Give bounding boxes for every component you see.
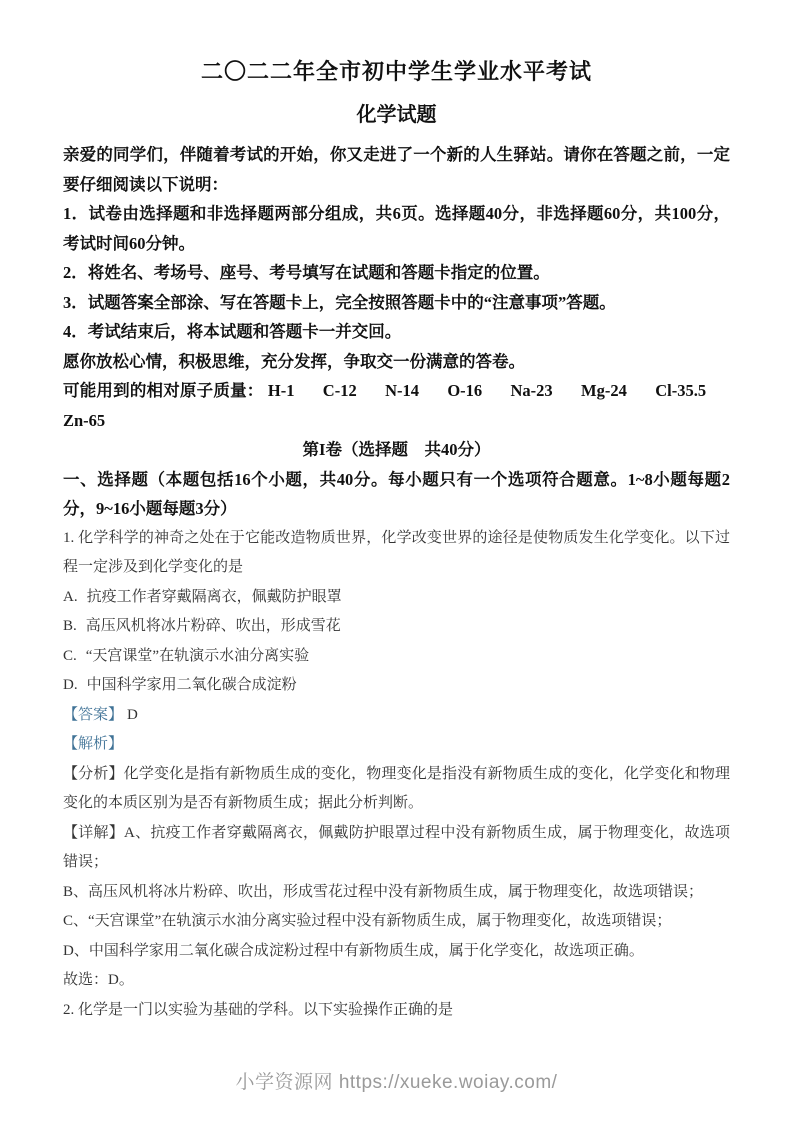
atomic-masses-label: 可能用到的相对原子质量：	[63, 381, 264, 400]
atomic-mass-h: H-1	[268, 381, 295, 400]
atomic-mass-zn: Zn-65	[63, 411, 105, 430]
answer-line: 【答案】D	[63, 701, 730, 731]
option-a-text: 抗疫工作者穿戴隔离衣，佩戴防护眼罩	[87, 589, 342, 605]
option-c-label: C.	[63, 648, 77, 664]
section-heading: 一、选择题（本题包括16个小题，共40分。每小题只有一个选项符合题意。1~8小题…	[63, 465, 730, 524]
question-1-option-c: C.“天宫课堂”在轨演示水油分离实验	[63, 642, 730, 672]
instruction-item-3: 3．试题答案全部涂、写在答题卡上，完全按照答题卡中的“注意事项”答题。	[63, 288, 730, 318]
question-1-option-d: D.中国科学家用二氧化碳合成淀粉	[63, 671, 730, 701]
question-1-option-a: A.抗疫工作者穿戴隔离衣，佩戴防护眼罩	[63, 583, 730, 613]
wish-line: 愿你放松心情，积极思维，充分发挥，争取交一份满意的答卷。	[63, 347, 730, 377]
question-1-option-b: B.高压风机将冰片粉碎、吹出，形成雪花	[63, 612, 730, 642]
detail-paragraph-d: D、中国科学家用二氧化碳合成淀粉过程中有新物质生成，属于化学变化，故选项正确。	[63, 937, 730, 967]
answer-marker: 【答案】	[63, 707, 123, 723]
atomic-mass-o: O-16	[447, 381, 482, 400]
option-a-label: A.	[63, 589, 78, 605]
analysis-marker-line: 【解析】	[63, 730, 730, 760]
question-1-text: 1. 化学科学的神奇之处在于它能改造物质世界，化学改变世界的途径是使物质发生化学…	[63, 524, 730, 583]
option-c-text: “天宫课堂”在轨演示水油分离实验	[86, 648, 309, 664]
instruction-item-1: 1．试卷由选择题和非选择题两部分组成，共6页。选择题40分，非选择题60分，共1…	[63, 199, 730, 258]
conclusion-line: 故选：D。	[63, 966, 730, 996]
detail-line-a: A、抗疫工作者穿戴隔离衣，佩戴防护眼罩过程中没有新物质生成，属于物理变化，故选项…	[63, 825, 730, 871]
instruction-item-2: 2．将姓名、考场号、座号、考号填写在试题和答题卡指定的位置。	[63, 258, 730, 288]
detail-paragraph-b: B、高压风机将冰片粉碎、吹出，形成雪花过程中没有新物质生成，属于物理变化，故选项…	[63, 878, 730, 908]
detail-label: 【详解】	[63, 825, 124, 841]
atomic-mass-na: Na-23	[511, 381, 553, 400]
exam-subject-title: 化学试题	[63, 101, 730, 129]
option-b-label: B.	[63, 618, 77, 634]
atomic-mass-n: N-14	[385, 381, 419, 400]
exam-page: 二〇二二年全市初中学生学业水平考试 化学试题 亲爱的同学们，伴随着考试的开始，你…	[0, 0, 793, 1122]
analysis-paragraph: 【分析】化学变化是指有新物质生成的变化，物理变化是指没有新物质生成的变化，化学变…	[63, 760, 730, 819]
instruction-item-4: 4．考试结束后，将本试题和答题卡一并交回。	[63, 317, 730, 347]
page-footer-watermark: 小学资源网 https://xueke.woiay.com/	[0, 1067, 793, 1094]
option-d-label: D.	[63, 677, 78, 693]
analysis-label: 【分析】	[63, 766, 124, 782]
option-b-text: 高压风机将冰片粉碎、吹出，形成雪花	[86, 618, 341, 634]
option-d-text: 中国科学家用二氧化碳合成淀粉	[87, 677, 297, 693]
answer-value: D	[127, 707, 138, 723]
detail-paragraph-c: C、“天宫课堂”在轨演示水油分离实验过程中没有新物质生成，属于物理变化，故选项错…	[63, 907, 730, 937]
analysis-marker: 【解析】	[63, 736, 123, 752]
question-2-text: 2. 化学是一门以实验为基础的学科。以下实验操作正确的是	[63, 996, 730, 1026]
exam-title: 二〇二二年全市初中学生学业水平考试	[63, 56, 730, 88]
volume-title: 第I卷（选择题 共40分）	[63, 435, 730, 465]
atomic-masses-line: 可能用到的相对原子质量： H-1 C-12 N-14 O-16 Na-23 Mg…	[63, 376, 730, 435]
atomic-mass-c: C-12	[323, 381, 357, 400]
intro-paragraph: 亲爱的同学们，伴随着考试的开始，你又走进了一个新的人生驿站。请你在答题之前，一定…	[63, 140, 730, 199]
atomic-mass-mg: Mg-24	[581, 381, 627, 400]
analysis-text: 化学变化是指有新物质生成的变化，物理变化是指没有新物质生成的变化，化学变化和物理…	[63, 766, 730, 812]
detail-paragraph-a: 【详解】A、抗疫工作者穿戴隔离衣，佩戴防护眼罩过程中没有新物质生成，属于物理变化…	[63, 819, 730, 878]
atomic-mass-cl: Cl-35.5	[655, 381, 706, 400]
